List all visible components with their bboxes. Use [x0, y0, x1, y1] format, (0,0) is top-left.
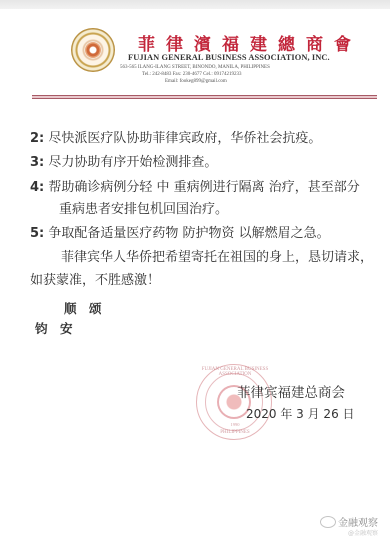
letterhead-divider	[32, 95, 377, 99]
letterhead-email: Email: fookeg899@gmail.com	[0, 79, 227, 84]
watermark: 金融观察 @金融观察	[320, 514, 390, 538]
item-text: 争取配备适量医疗药物 防护物资 以解燃眉之急。	[48, 226, 329, 241]
watermark-sub: @金融观察	[348, 528, 378, 537]
list-item: 2: 尽快派医疗队协助菲律宾政府，华侨社会抗疫。	[30, 127, 321, 146]
letterhead: 菲律濱福建總商會 FUJIAN GENERAL BUSINESS ASSOCIA…	[0, 24, 390, 94]
signature-date: 2020 年 3 月 26 日	[246, 405, 355, 422]
list-item: 5: 争取配备适量医疗药物 防护物资 以解燃眉之急。	[30, 222, 330, 241]
wechat-icon	[320, 516, 336, 528]
appeal-line-1: 菲律宾华人华侨把希望寄托在祖国的身上，恳切请求，	[61, 246, 373, 265]
letterhead-english-name: FUJIAN GENERAL BUSINESS ASSOCIATION, INC…	[128, 53, 330, 62]
seal-year: 1990	[197, 422, 273, 427]
letterhead-chinese-name: 菲律濱福建總商會	[138, 30, 362, 55]
seal-text-bottom: PHILIPPINES	[197, 430, 273, 435]
watermark-text: 金融观察	[338, 514, 378, 529]
official-seal-icon: FUJIAN GENERAL BUSINESS ASSOCIATION 1990…	[196, 364, 272, 440]
item-text: 帮助确诊病例分轻 中 重病例进行隔离 治疗，甚至部分	[48, 180, 359, 195]
appeal-line-2: 如获蒙准，不胜感激！	[30, 269, 160, 288]
closing-line-1: 顺 颂	[64, 299, 102, 317]
item-number: 5:	[30, 226, 44, 241]
list-item-continuation: 重病患者安排包机回国治疗。	[59, 198, 228, 217]
list-item: 3: 尽力协助有序开始检测排查。	[30, 151, 217, 170]
top-bar	[0, 0, 390, 9]
item-text: 尽力协助有序开始检测排查。	[48, 155, 217, 170]
list-item: 4: 帮助确诊病例分轻 中 重病例进行隔离 治疗，甚至部分	[30, 176, 360, 195]
item-text: 尽快派医疗队协助菲律宾政府，华侨社会抗疫。	[48, 131, 321, 146]
signature-organization: 菲律宾福建总商会	[237, 381, 345, 401]
letterhead-address: 563-565 ILANG-ILANG STREET, BINONDO, MAN…	[0, 65, 270, 70]
item-number: 4:	[30, 180, 44, 195]
closing-line-2: 钧 安	[35, 319, 73, 337]
letterhead-contact: Tel.: 242-8483 Fax: 230-4677 Cel.: 09174…	[0, 72, 242, 77]
item-number: 3:	[30, 155, 44, 170]
plum-blossom-icon	[85, 42, 101, 58]
item-number: 2:	[30, 131, 44, 146]
